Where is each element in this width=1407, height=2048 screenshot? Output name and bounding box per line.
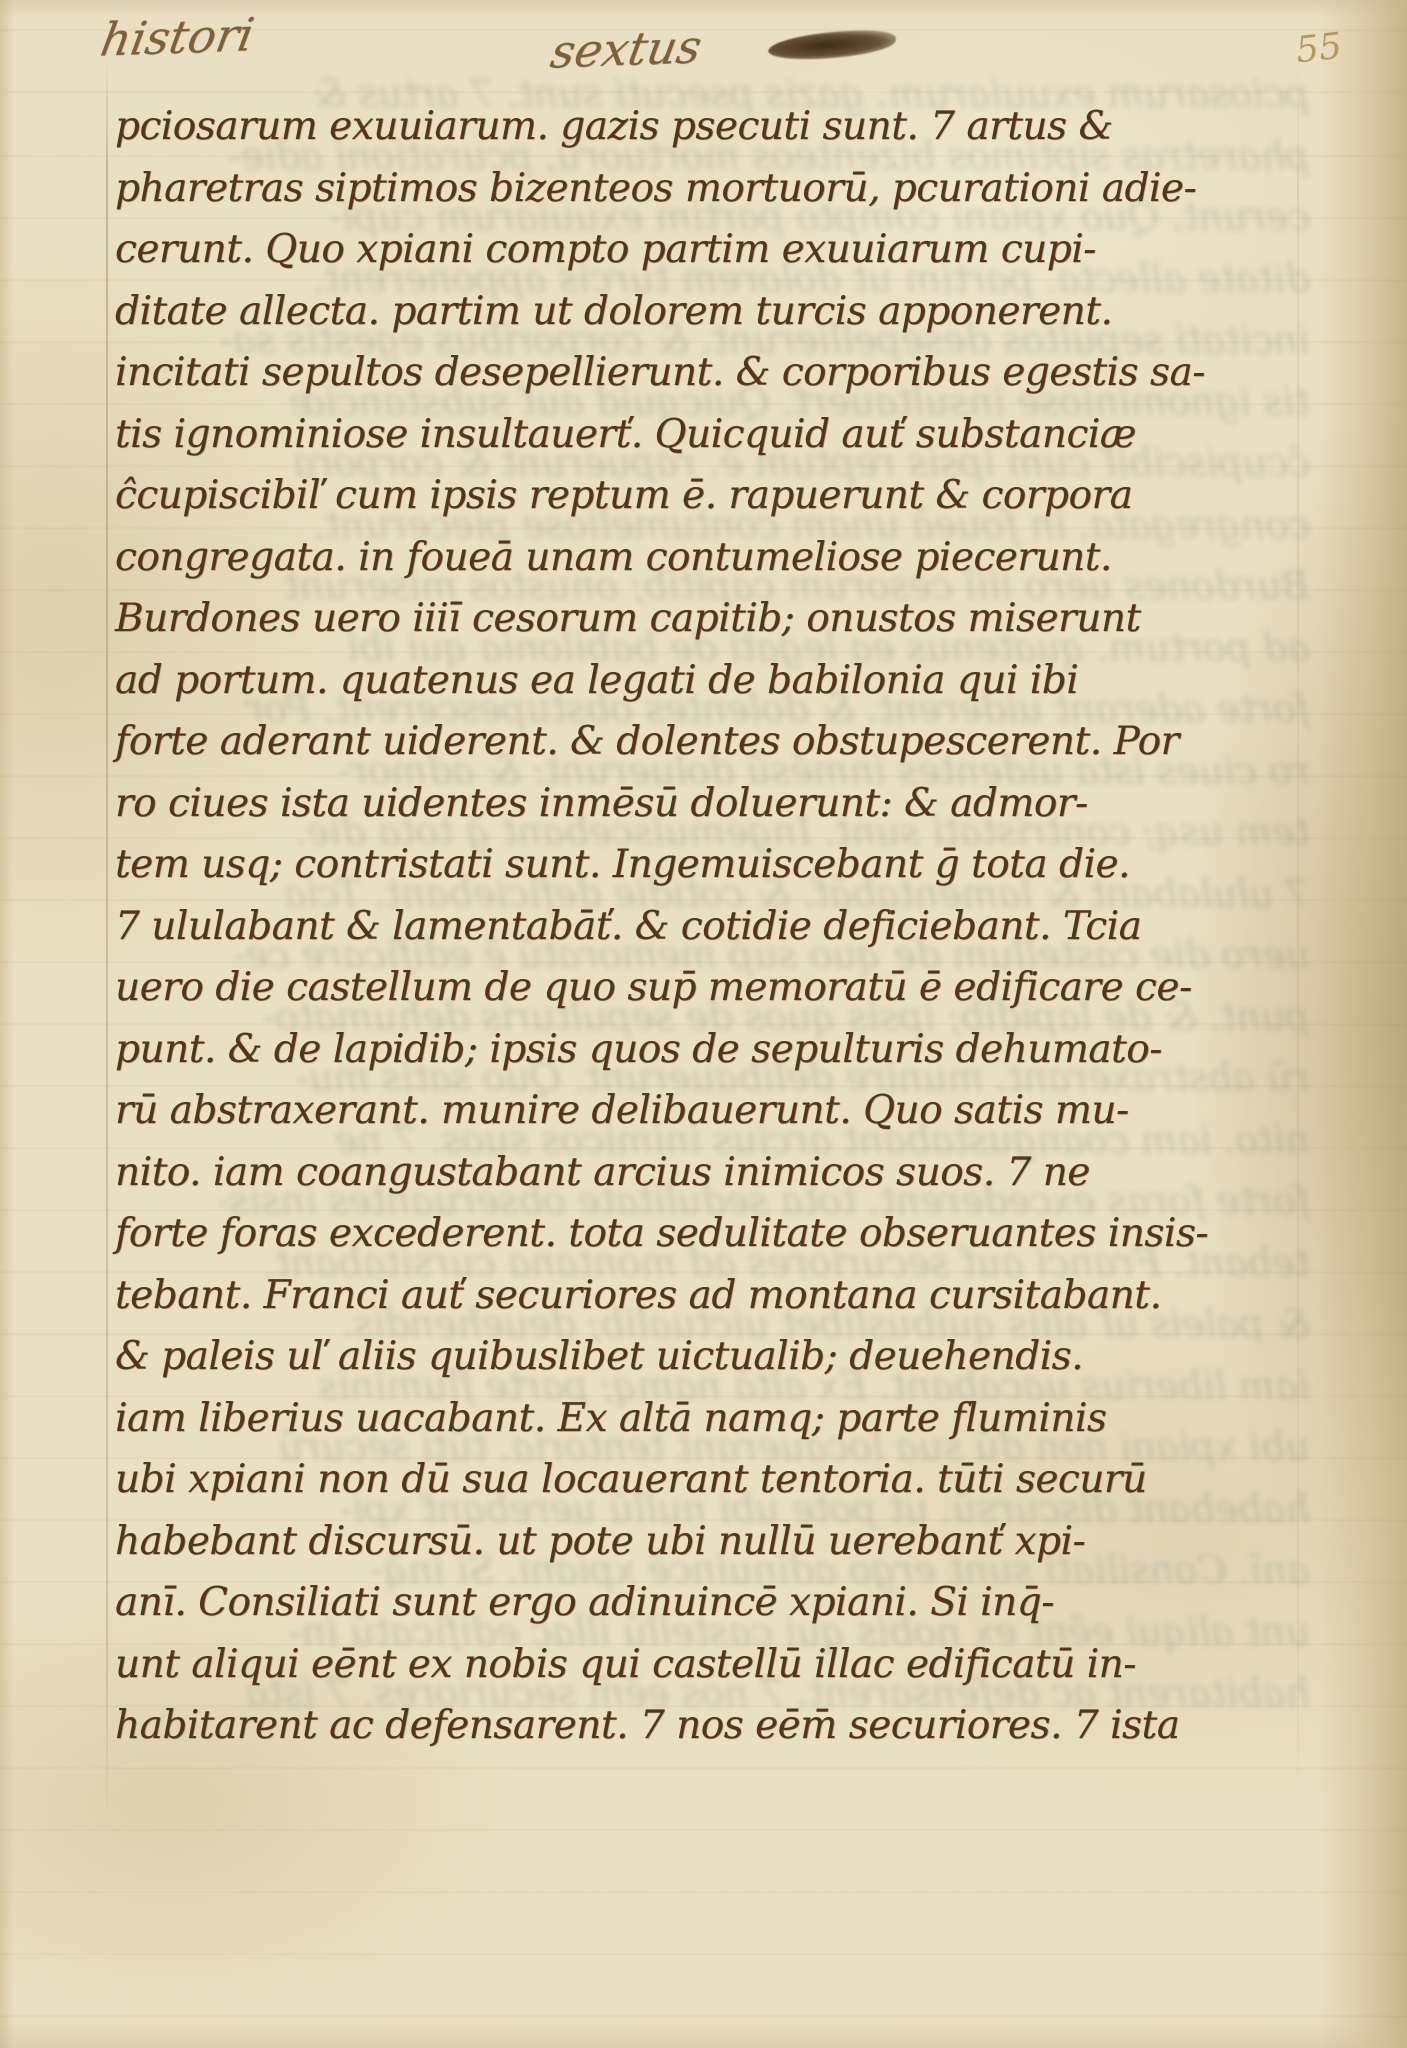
text-block: pciosarum exuuiarum. gazis psecuti sunt.…	[115, 96, 1305, 1757]
manuscript-line: Burdones uero iiiī cesorum capitib; onus…	[115, 588, 1305, 650]
running-header: histori sextus 55	[0, 0, 1407, 90]
manuscript-line: rū abstraxerant. munire delibauerunt. Qu…	[115, 1080, 1305, 1142]
ink-blot	[767, 28, 897, 63]
manuscript-line: habebant discursū. ut pote ubi nullū uer…	[115, 1511, 1305, 1573]
manuscript-page: pciosarum exuuiarum. gazis psecuti sunt.…	[0, 0, 1407, 2048]
manuscript-line: anī. Consiliati sunt ergo adinuincē xpia…	[115, 1572, 1305, 1634]
manuscript-line: 7 ululabant & lamentabāť. & cotidie defi…	[115, 896, 1305, 958]
manuscript-line: ditate allecta. partim ut dolorem turcis…	[115, 281, 1305, 343]
manuscript-line: congregata. in foueā unam contumeliose p…	[115, 527, 1305, 589]
margin-rule-left	[106, 60, 108, 1820]
manuscript-line: unt aliqui eēnt ex nobis qui castellū il…	[115, 1634, 1305, 1696]
manuscript-line: tem usq; contristati sunt. Ingemuisceban…	[115, 834, 1305, 896]
running-title-center: sextus	[547, 19, 706, 78]
manuscript-line: cerunt. Quo xpiani compto partim exuuiar…	[115, 219, 1305, 281]
manuscript-line: nito. iam coangustabant arcius inimicos …	[115, 1142, 1305, 1204]
manuscript-line: pciosarum exuuiarum. gazis psecuti sunt.…	[115, 96, 1305, 158]
manuscript-line: ro ciues ista uidentes inmēsū doluerunt:…	[115, 773, 1305, 835]
manuscript-line: incitati sepultos desepellierunt. & corp…	[115, 342, 1305, 404]
manuscript-line: tis ignominiose insultauerť. Quicquid au…	[115, 404, 1305, 466]
manuscript-line: ubi xpiani non dū sua locauerant tentori…	[115, 1449, 1305, 1511]
manuscript-line: tebant. Franci auť securiores ad montana…	[115, 1265, 1305, 1327]
manuscript-line: ĉcupiscibiľ cum ipsis reptum ē. rapuerun…	[115, 465, 1305, 527]
manuscript-line: ad portum. quatenus ea legati de babilon…	[115, 650, 1305, 712]
manuscript-line: & paleis uľ aliis quibuslibet uictualib;…	[115, 1326, 1305, 1388]
manuscript-line: forte foras excederent. tota sedulitate …	[115, 1203, 1305, 1265]
manuscript-line: forte aderant uiderent. & dolentes obstu…	[115, 711, 1305, 773]
manuscript-line: pharetras siptimos bizenteos mortuorū, p…	[115, 158, 1305, 220]
manuscript-line: habitarent ac defensarent. 7 nos eēm̄ se…	[115, 1695, 1305, 1757]
manuscript-line: punt. & de lapidib; ipsis quos de sepult…	[115, 1019, 1305, 1081]
running-title-left: histori	[97, 7, 258, 66]
manuscript-line: uero die castellum de quo sup̄ memoratū …	[115, 957, 1305, 1019]
manuscript-line: iam liberius uacabant. Ex altā namq; par…	[115, 1388, 1305, 1450]
folio-number: 55	[1294, 26, 1344, 72]
